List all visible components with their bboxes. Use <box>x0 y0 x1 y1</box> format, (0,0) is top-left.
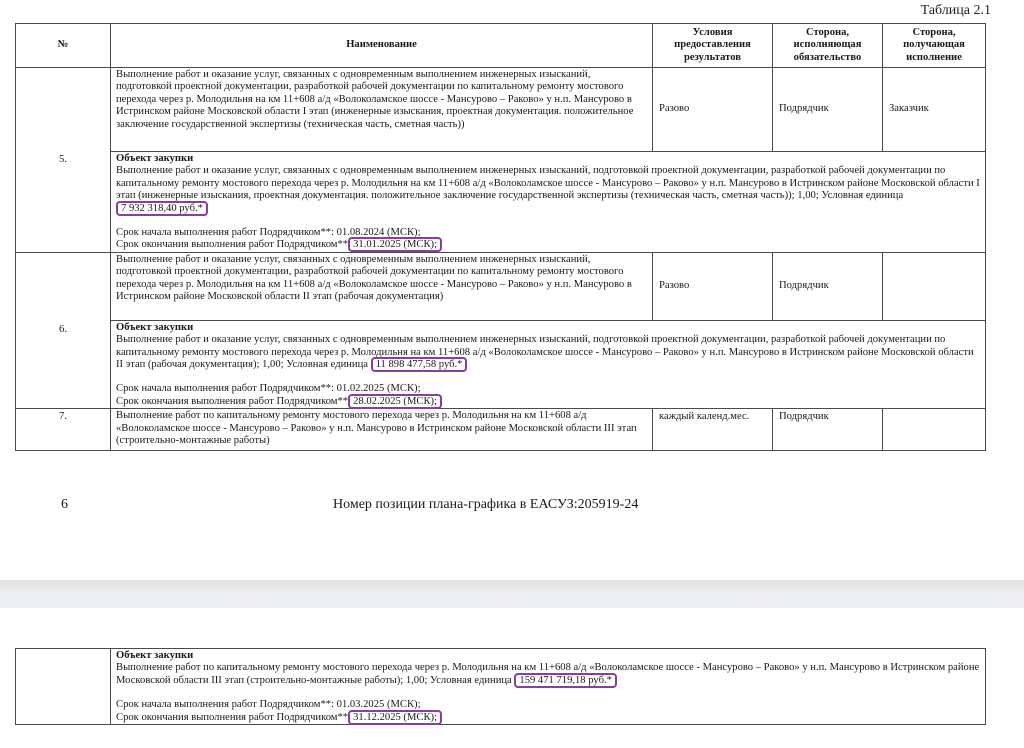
row-number: 7. <box>16 409 111 451</box>
end-label: Срок окончания выполнения работ Подрядчи… <box>116 396 348 407</box>
header-receiver: Сторона, получающая исполнение <box>883 24 986 68</box>
object-title: Объект закупки <box>116 650 981 662</box>
row-number: 6. <box>16 252 111 408</box>
start-label: Срок начала выполнения работ Подрядчиком… <box>116 383 337 394</box>
obligations-table-continued: Объект закупки Выполнение работ по капит… <box>15 648 986 725</box>
row-receiver <box>883 409 986 451</box>
object-title: Объект закупки <box>116 322 981 334</box>
start-date-line: Срок начала выполнения работ Подрядчиком… <box>116 227 981 239</box>
object-description: Выполнение работ и оказание услуг, связа… <box>116 165 981 215</box>
page-separator <box>0 580 1024 608</box>
row-executor: Подрядчик <box>773 252 883 320</box>
document-page-2: Объект закупки Выполнение работ по капит… <box>0 608 1024 748</box>
row-name: Выполнение работ и оказание услуг, связа… <box>111 68 653 152</box>
end-date-highlight: 28.02.2025 (МСК); <box>348 394 442 409</box>
start-label: Срок начала выполнения работ Подрядчиком… <box>116 699 337 710</box>
end-date-highlight: 31.12.2025 (МСК); <box>348 710 442 725</box>
obligations-table: № Наименование Условия предоставления ре… <box>15 23 986 451</box>
document-page-1: Таблица 2.1 № Наименование Условия предо… <box>0 0 1024 580</box>
page-number: 6 <box>61 497 68 513</box>
row-name: Выполнение работ и оказание услуг, связа… <box>111 252 653 320</box>
row-number: 5. <box>16 68 111 253</box>
row-executor: Подрядчик <box>773 68 883 152</box>
start-date: 01.03.2025 (МСК); <box>337 699 421 710</box>
end-label: Срок окончания выполнения работ Подрядчи… <box>116 239 348 250</box>
procurement-object: Объект закупки Выполнение работ по капит… <box>111 649 986 725</box>
end-date-highlight: 31.01.2025 (МСК); <box>348 237 442 252</box>
header-conditions: Условия предоставления результатов <box>653 24 773 68</box>
price-highlight: 11 898 477,58 руб.* <box>371 357 468 372</box>
start-date: 01.08.2024 (МСК); <box>337 227 421 238</box>
price-highlight: 159 471 719,18 руб.* <box>514 673 617 688</box>
object-description: Выполнение работ и оказание услуг, связа… <box>116 334 981 371</box>
row-number-empty <box>16 649 111 725</box>
end-date-line: Срок окончания выполнения работ Подрядчи… <box>116 396 981 408</box>
table-row-object: Объект закупки Выполнение работ по капит… <box>16 649 986 725</box>
end-date-line: Срок окончания выполнения работ Подрядчи… <box>116 712 981 724</box>
end-date-line: Срок окончания выполнения работ Подрядчи… <box>116 239 981 251</box>
table-row: 5. Выполнение работ и оказание услуг, св… <box>16 68 986 152</box>
procurement-object: Объект закупки Выполнение работ и оказан… <box>111 152 986 253</box>
start-date-line: Срок начала выполнения работ Подрядчиком… <box>116 383 981 395</box>
row-name: Выполнение работ по капитальному ремонту… <box>111 409 653 451</box>
row-receiver <box>883 252 986 320</box>
start-date: 01.02.2025 (МСК); <box>337 383 421 394</box>
row-receiver: Заказчик <box>883 68 986 152</box>
header-executor: Сторона, исполняющая обязательство <box>773 24 883 68</box>
price-highlight: 7 932 318,40 руб.* <box>116 201 208 216</box>
row-conditions: Разово <box>653 252 773 320</box>
object-text: Выполнение работ и оказание услуг, связа… <box>116 165 980 201</box>
plan-position: Номер позиции плана-графика в ЕАСУЗ:2059… <box>333 497 638 513</box>
table-row: 6. Выполнение работ и оказание услуг, св… <box>16 252 986 320</box>
table-row: 7. Выполнение работ по капитальному ремо… <box>16 409 986 451</box>
object-title: Объект закупки <box>116 153 981 165</box>
end-label: Срок окончания выполнения работ Подрядчи… <box>116 712 348 723</box>
row-conditions: каждый календ.мес. <box>653 409 773 451</box>
procurement-object: Объект закупки Выполнение работ и оказан… <box>111 320 986 408</box>
row-executor: Подрядчик <box>773 409 883 451</box>
table-row-object: Объект закупки Выполнение работ и оказан… <box>16 152 986 253</box>
start-date-line: Срок начала выполнения работ Подрядчиком… <box>116 699 981 711</box>
object-text: Выполнение работ и оказание услуг, связа… <box>116 334 974 370</box>
table-row-object: Объект закупки Выполнение работ и оказан… <box>16 320 986 408</box>
object-description: Выполнение работ по капитальному ремонту… <box>116 662 981 687</box>
table-caption: Таблица 2.1 <box>921 3 991 19</box>
start-label: Срок начала выполнения работ Подрядчиком… <box>116 227 337 238</box>
row-conditions: Разово <box>653 68 773 152</box>
header-num: № <box>16 24 111 68</box>
table-header-row: № Наименование Условия предоставления ре… <box>16 24 986 68</box>
header-name: Наименование <box>111 24 653 68</box>
